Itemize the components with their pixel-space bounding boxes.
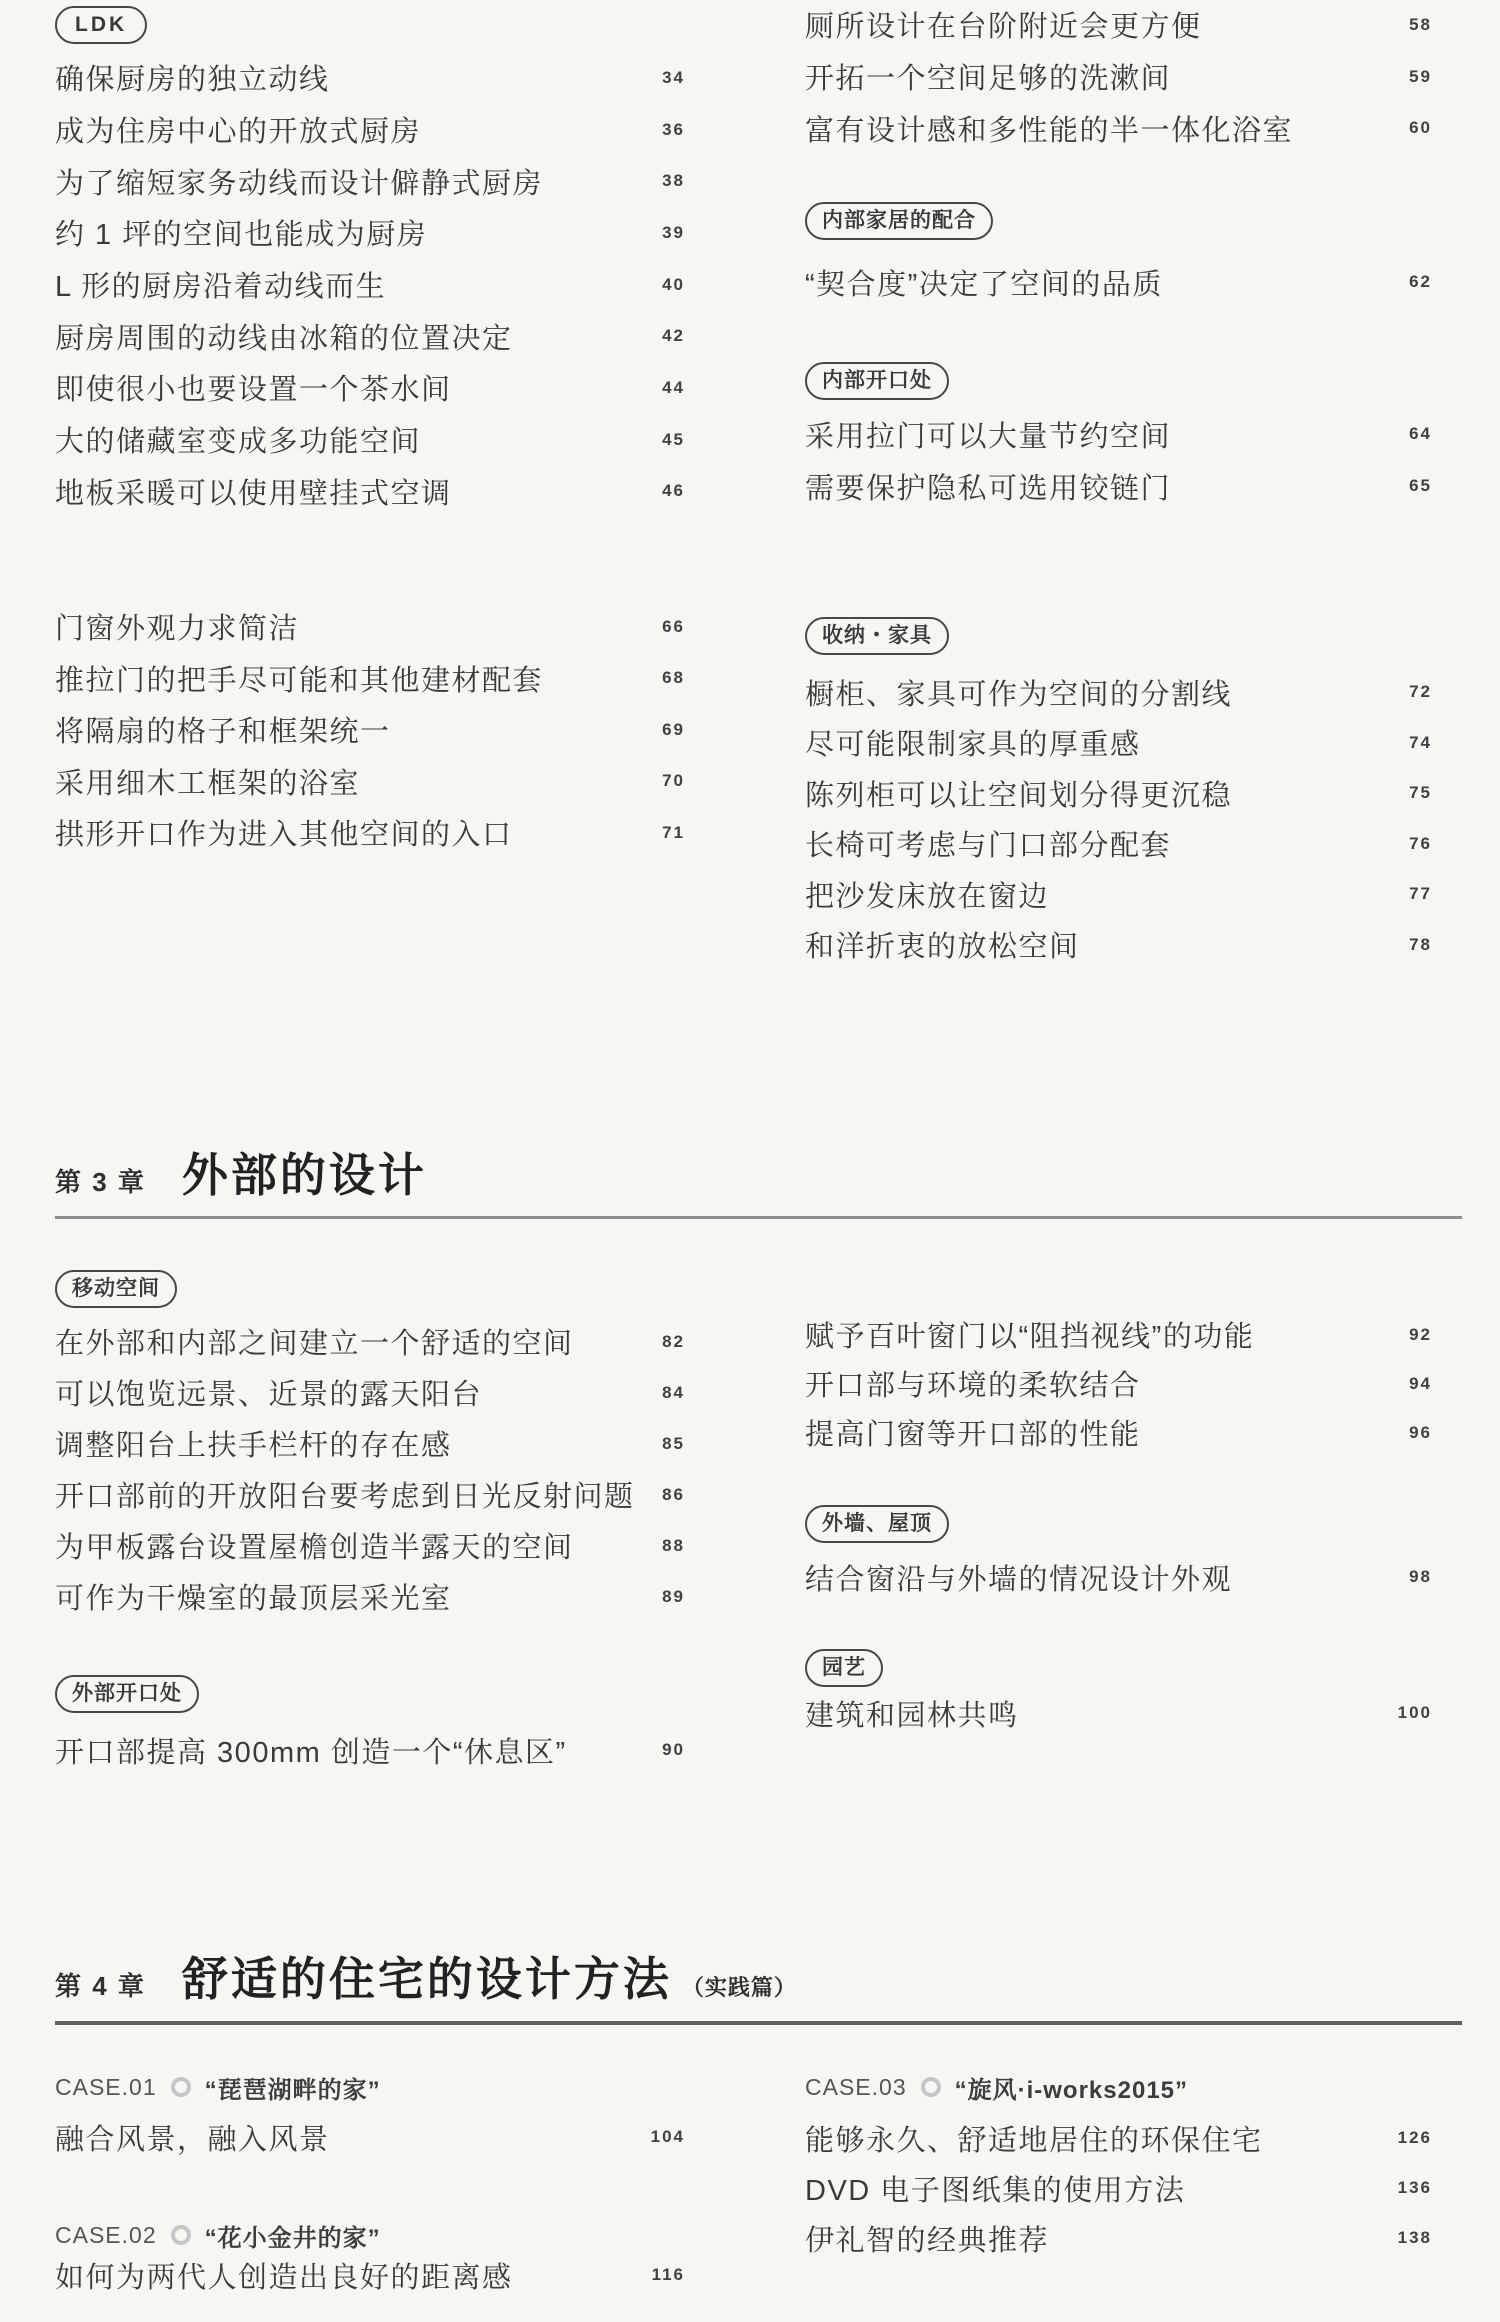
- toc-item-page-number: 116: [652, 2265, 685, 2285]
- exterior-opening-badge: 外部开口处: [55, 1675, 199, 1713]
- toc-item-page-number: 74: [1409, 733, 1432, 753]
- toc-item-title: 可以饱览远景、近景的露天阳台: [55, 1372, 482, 1413]
- toc-item: 约 1 坪的空间也能成为厨房39: [55, 207, 685, 259]
- moving-space-badge: 移动空间: [55, 1270, 177, 1308]
- chapter4-rule: [55, 2021, 1462, 2025]
- chapter3-label: 第 3 章: [55, 1162, 146, 1199]
- toc-item-page-number: 92: [1409, 1325, 1432, 1345]
- kitchen-item-list: 确保厨房的独立动线34成为住房中心的开放式厨房36为了缩短家务动线而设计僻静式厨…: [55, 52, 685, 517]
- toc-item: 建筑和园林共鸣100: [805, 1687, 1432, 1739]
- toc-item: 提高门窗等开口部的性能96: [805, 1408, 1432, 1457]
- case-ring-icon: [171, 2225, 191, 2245]
- toc-item-page-number: 59: [1409, 67, 1432, 87]
- toc-item-title: 为了缩短家务动线而设计僻静式厨房: [55, 161, 543, 202]
- toc-item-title: 即使很小也要设置一个茶水间: [55, 367, 452, 408]
- toc-item-page-number: 82: [662, 1332, 685, 1352]
- toc-item: 把沙发床放在窗边77: [805, 869, 1432, 920]
- toc-item: 即使很小也要设置一个茶水间44: [55, 362, 685, 414]
- toc-item-title: 赋予百叶窗门以“阻挡视线”的功能: [805, 1314, 1254, 1355]
- case03-id: CASE.03: [805, 2074, 907, 2101]
- toc-item: “契合度”决定了空间的品质62: [805, 256, 1432, 308]
- shading-item-list: 赋予百叶窗门以“阻挡视线”的功能92开口部与环境的柔软结合94提高门窗等开口部的…: [805, 1310, 1432, 1457]
- toc-item-title: 开拓一个空间足够的洗漱间: [805, 56, 1171, 97]
- toc-item-title: 结合窗沿与外墙的情况设计外观: [805, 1557, 1232, 1598]
- toc-item-page-number: 38: [662, 171, 685, 191]
- chapter3-title: 外部的设计: [182, 1146, 427, 1204]
- toc-item-page-number: 68: [662, 668, 685, 688]
- toc-item: 可作为干燥室的最顶层采光室89: [55, 1571, 685, 1622]
- toc-item: 赋予百叶窗门以“阻挡视线”的功能92: [805, 1310, 1432, 1359]
- toc-item-page-number: 98: [1409, 1567, 1432, 1587]
- toc-item-title: 拱形开口作为进入其他空间的入口: [55, 812, 513, 853]
- toc-item-page-number: 70: [662, 771, 685, 791]
- toc-item-title: 建筑和园林共鸣: [805, 1693, 1019, 1734]
- toc-item-page-number: 60: [1409, 118, 1432, 138]
- toc-item: L 形的厨房沿着动线而生40: [55, 259, 685, 311]
- toc-item-title: 尽可能限制家具的厚重感: [805, 722, 1141, 763]
- wall-item-list: 结合窗沿与外墙的情况设计外观98: [805, 1551, 1432, 1603]
- storage-furniture-badge: 收纳・家具: [805, 617, 949, 655]
- toc-item-title: 把沙发床放在窗边: [805, 874, 1049, 915]
- toc-item-page-number: 100: [1398, 1703, 1432, 1723]
- toc-item-page-number: 126: [1398, 2128, 1432, 2148]
- garden-item-list: 建筑和园林共鸣100: [805, 1687, 1432, 1739]
- toc-item: 需要保护隐私可选用铰链门65: [805, 460, 1432, 512]
- toc-item: 如何为两代人创造出良好的距离感116: [55, 2249, 685, 2301]
- toc-item-title: 调整阳台上扶手栏杆的存在感: [55, 1423, 452, 1464]
- toc-item-title: 富有设计感和多性能的半一体化浴室: [805, 108, 1293, 149]
- toc-item-page-number: 89: [662, 1587, 685, 1607]
- sanitary-item-list: 厕所设计在台阶附近会更方便58开拓一个空间足够的洗漱间59富有设计感和多性能的半…: [805, 0, 1432, 154]
- toc-item-page-number: 69: [662, 720, 685, 740]
- toc-item-page-number: 96: [1409, 1423, 1432, 1443]
- fit-item-list: “契合度”决定了空间的品质62: [805, 256, 1432, 308]
- chapter3-heading: 第 3 章 外部的设计: [55, 1146, 1462, 1204]
- case-ring-icon: [171, 2077, 191, 2097]
- toc-item-title: “契合度”决定了空间的品质: [805, 262, 1163, 303]
- toc-item-page-number: 84: [662, 1383, 685, 1403]
- chapter4-subtitle: （实践篇）: [682, 1971, 797, 2002]
- toc-item: DVD 电子图纸集的使用方法136: [805, 2163, 1432, 2213]
- toc-item-page-number: 86: [662, 1485, 685, 1505]
- toc-item: 开口部与环境的柔软结合94: [805, 1359, 1432, 1408]
- toc-item: 厨房周围的动线由冰箱的位置决定42: [55, 310, 685, 362]
- toc-item-title: L 形的厨房沿着动线而生: [55, 264, 386, 305]
- toc-item-title: 门窗外观力求简洁: [55, 606, 299, 647]
- case03-name: “旋风·i-works2015”: [955, 2070, 1188, 2105]
- ldk-badge: LDK: [55, 6, 147, 44]
- toc-item: 富有设计感和多性能的半一体化浴室60: [805, 102, 1432, 154]
- toc-item-title: 成为住房中心的开放式厨房: [55, 109, 421, 150]
- toc-item-page-number: 36: [662, 120, 685, 140]
- toc-item-title: DVD 电子图纸集的使用方法: [805, 2168, 1185, 2209]
- toc-item-page-number: 64: [1409, 424, 1432, 444]
- case01-name: “琵琶湖畔的家”: [205, 2070, 381, 2105]
- toc-item-title: 推拉门的把手尽可能和其他建材配套: [55, 658, 543, 699]
- toc-item-title: 融合风景，融入风景: [55, 2117, 330, 2158]
- toc-item: 厕所设计在台阶附近会更方便58: [805, 0, 1432, 51]
- toc-item: 成为住房中心的开放式厨房36: [55, 104, 685, 156]
- toc-item-page-number: 65: [1409, 476, 1432, 496]
- toc-item: 陈列柜可以让空间划分得更沉稳75: [805, 768, 1432, 819]
- chapter4-heading: 第 4 章 舒适的住宅的设计方法 （实践篇）: [55, 1950, 1462, 2008]
- toc-item-page-number: 71: [662, 823, 685, 843]
- toc-item-title: 开口部提高 300mm 创造一个“休息区”: [55, 1730, 567, 1771]
- toc-item-title: 确保厨房的独立动线: [55, 57, 330, 98]
- case02-item-list: 如何为两代人创造出良好的距离感116: [55, 2249, 685, 2301]
- toc-item-page-number: 85: [662, 1434, 685, 1454]
- case01-item-list: 融合风景，融入风景104: [55, 2111, 685, 2163]
- toc-item: 橱柜、家具可作为空间的分割线72: [805, 667, 1432, 718]
- toc-item: 大的储藏室变成多功能空间45: [55, 414, 685, 466]
- toc-item-page-number: 90: [662, 1740, 685, 1760]
- toc-item-page-number: 34: [662, 68, 685, 88]
- toc-item-page-number: 62: [1409, 272, 1432, 292]
- toc-item: 调整阳台上扶手栏杆的存在感85: [55, 1418, 685, 1469]
- toc-item-page-number: 77: [1409, 884, 1432, 904]
- case03-header: CASE.03 “旋风·i-works2015”: [805, 2070, 1188, 2104]
- toc-item: 推拉门的把手尽可能和其他建材配套68: [55, 653, 685, 705]
- toc-item-page-number: 75: [1409, 783, 1432, 803]
- toc-item: 结合窗沿与外墙的情况设计外观98: [805, 1551, 1432, 1603]
- toc-item: 能够永久、舒适地居住的环保住宅126: [805, 2113, 1432, 2163]
- toc-item-title: 为甲板露台设置屋檐创造半露天的空间: [55, 1525, 574, 1566]
- toc-item-page-number: 46: [662, 481, 685, 501]
- toc-item: 伊礼智的经典推荐138: [805, 2213, 1432, 2263]
- toc-item-title: 将隔扇的格子和框架统一: [55, 709, 391, 750]
- toc-item-page-number: 104: [651, 2127, 685, 2147]
- moving-item-list: 在外部和内部之间建立一个舒适的空间82可以饱览远景、近景的露天阳台84调整阳台上…: [55, 1316, 685, 1622]
- toc-item-page-number: 42: [662, 326, 685, 346]
- case-ring-icon: [921, 2077, 941, 2097]
- chapter4-label: 第 4 章: [55, 1966, 146, 2003]
- toc-item-page-number: 66: [662, 617, 685, 637]
- toc-item-page-number: 76: [1409, 834, 1432, 854]
- toc-item-page-number: 88: [662, 1536, 685, 1556]
- toc-item: 开拓一个空间足够的洗漱间59: [805, 51, 1432, 103]
- toc-item-title: 能够永久、舒适地居住的环保住宅: [805, 2118, 1263, 2159]
- toc-item-title: 和洋折衷的放松空间: [805, 924, 1080, 965]
- toc-item: 确保厨房的独立动线34: [55, 52, 685, 104]
- toc-item-title: 采用细木工框架的浴室: [55, 761, 360, 802]
- toc-item-page-number: 39: [662, 223, 685, 243]
- toc-item: 为甲板露台设置屋檐创造半露天的空间88: [55, 1520, 685, 1571]
- toc-item-page-number: 138: [1398, 2228, 1432, 2248]
- toc-item-page-number: 94: [1409, 1374, 1432, 1394]
- toc-item-title: 如何为两代人创造出良好的距离感: [55, 2255, 513, 2296]
- toc-item: 长椅可考虑与门口部分配套76: [805, 819, 1432, 870]
- toc-item: 开口部提高 300mm 创造一个“休息区”90: [55, 1724, 685, 1776]
- toc-item: 采用细木工框架的浴室70: [55, 756, 685, 808]
- toc-item-title: 伊礼智的经典推荐: [805, 2218, 1049, 2259]
- toc-item: 拱形开口作为进入其他空间的入口71: [55, 807, 685, 859]
- case02-name: “花小金井的家”: [205, 2218, 381, 2253]
- toc-item-title: 大的储藏室变成多功能空间: [55, 419, 421, 460]
- toc-item: 可以饱览远景、近景的露天阳台84: [55, 1367, 685, 1418]
- toc-item-title: 可作为干燥室的最顶层采光室: [55, 1576, 452, 1617]
- toc-item: 为了缩短家务动线而设计僻静式厨房38: [55, 155, 685, 207]
- case01-header: CASE.01 “琵琶湖畔的家”: [55, 2070, 381, 2104]
- toc-item-title: 开口部与环境的柔软结合: [805, 1363, 1141, 1404]
- toc-item: 门窗外观力求简洁66: [55, 601, 685, 653]
- interior-opening-badge: 内部开口处: [805, 362, 949, 400]
- toc-item-title: 厕所设计在台阶附近会更方便: [805, 4, 1202, 45]
- toc-item-page-number: 78: [1409, 935, 1432, 955]
- chapter4-title: 舒适的住宅的设计方法: [182, 1950, 672, 2008]
- interior-furniture-badge: 内部家居的配合: [805, 202, 993, 240]
- toc-page: LDK 确保厨房的独立动线34成为住房中心的开放式厨房36为了缩短家务动线而设计…: [0, 0, 1500, 2322]
- toc-item-page-number: 40: [662, 275, 685, 295]
- sliding-door-item-list: 采用拉门可以大量节约空间64需要保护隐私可选用铰链门65: [805, 408, 1432, 512]
- case02-id: CASE.02: [55, 2222, 157, 2249]
- toc-item: 采用拉门可以大量节约空间64: [805, 408, 1432, 460]
- opening-item-list: 开口部提高 300mm 创造一个“休息区”90: [55, 1724, 685, 1776]
- case03-item-list: 能够永久、舒适地居住的环保住宅126DVD 电子图纸集的使用方法136伊礼智的经…: [805, 2113, 1432, 2263]
- toc-item-title: 在外部和内部之间建立一个舒适的空间: [55, 1321, 574, 1362]
- toc-item-title: 厨房周围的动线由冰箱的位置决定: [55, 316, 513, 357]
- toc-item: 尽可能限制家具的厚重感74: [805, 718, 1432, 769]
- toc-item-title: 开口部前的开放阳台要考虑到日光反射问题: [55, 1474, 635, 1515]
- toc-item: 地板采暖可以使用壁挂式空调46: [55, 466, 685, 518]
- case01-id: CASE.01: [55, 2074, 157, 2101]
- toc-item: 开口部前的开放阳台要考虑到日光反射问题86: [55, 1469, 685, 1520]
- toc-item: 在外部和内部之间建立一个舒适的空间82: [55, 1316, 685, 1367]
- toc-item-title: 长椅可考虑与门口部分配套: [805, 823, 1171, 864]
- toc-item-title: 约 1 坪的空间也能成为厨房: [55, 212, 427, 253]
- case02-header: CASE.02 “花小金井的家”: [55, 2218, 381, 2252]
- toc-item-page-number: 136: [1398, 2178, 1432, 2198]
- chapter3-rule: [55, 1216, 1462, 1219]
- gardening-badge: 园艺: [805, 1649, 883, 1687]
- toc-item-page-number: 72: [1409, 682, 1432, 702]
- toc-item: 和洋折衷的放松空间78: [805, 920, 1432, 971]
- toc-item-page-number: 44: [662, 378, 685, 398]
- toc-item: 融合风景，融入风景104: [55, 2111, 685, 2163]
- toc-item-page-number: 45: [662, 430, 685, 450]
- wall-roof-badge: 外墙、屋顶: [805, 1505, 949, 1543]
- toc-item-title: 采用拉门可以大量节约空间: [805, 414, 1171, 455]
- door-window-item-list: 门窗外观力求简洁66推拉门的把手尽可能和其他建材配套68将隔扇的格子和框架统一6…: [55, 601, 685, 859]
- toc-item-page-number: 58: [1409, 15, 1432, 35]
- toc-item-title: 橱柜、家具可作为空间的分割线: [805, 672, 1232, 713]
- toc-item-title: 提高门窗等开口部的性能: [805, 1412, 1141, 1453]
- toc-item-title: 陈列柜可以让空间划分得更沉稳: [805, 773, 1232, 814]
- furniture-item-list: 橱柜、家具可作为空间的分割线72尽可能限制家具的厚重感74陈列柜可以让空间划分得…: [805, 667, 1432, 970]
- toc-item-title: 需要保护隐私可选用铰链门: [805, 466, 1171, 507]
- toc-item-title: 地板采暖可以使用壁挂式空调: [55, 471, 452, 512]
- toc-item: 将隔扇的格子和框架统一69: [55, 704, 685, 756]
